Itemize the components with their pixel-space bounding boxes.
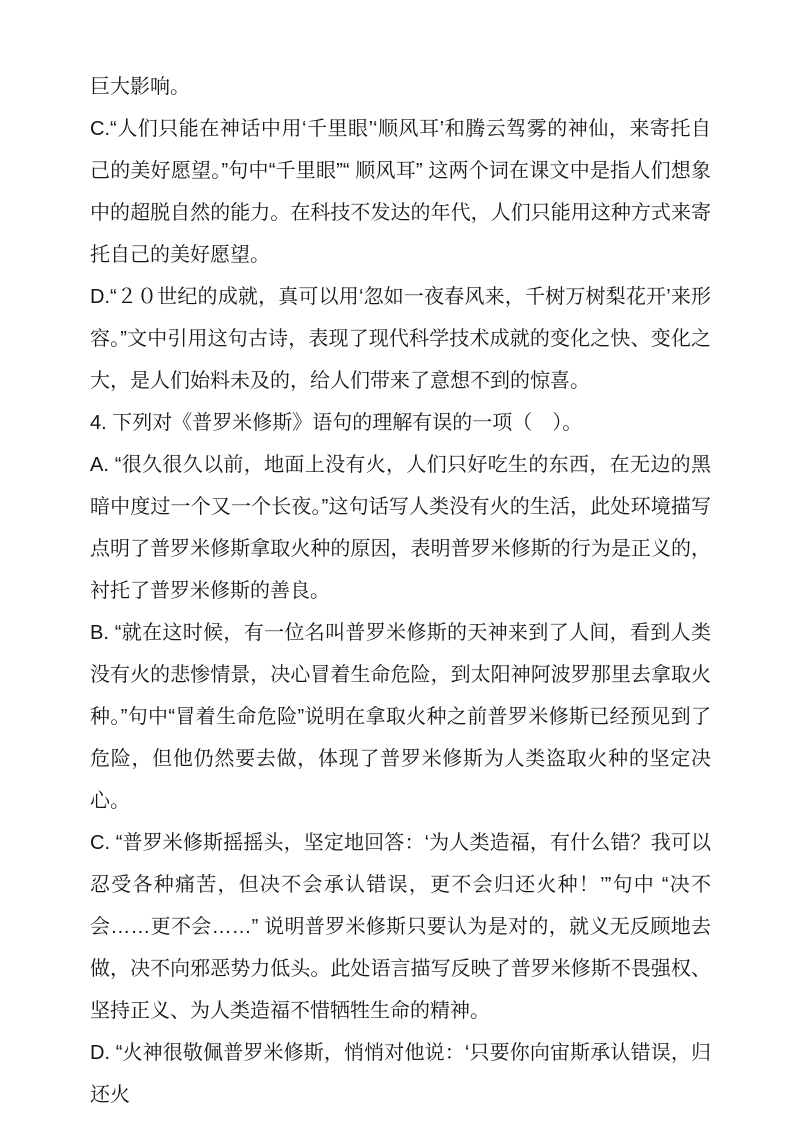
question-4-stem: 4. 下列对《普罗米修斯》语句的理解有误的一项（ ）。 xyxy=(90,402,711,444)
document-text-block: 巨大影响。 C.“人们只能在神话中用‘千里眼’‘顺风耳’和腾云驾雾的神仙，来寄托… xyxy=(90,66,711,1116)
question-4-option-d: D. “火神很敬佩普罗米修斯，悄悄对他说：‘只要你向宙斯承认错误，归还火 xyxy=(90,1032,711,1116)
paragraph-continuation: 巨大影响。 xyxy=(90,66,711,108)
prev-question-option-d: D.“２０世纪的成就，真可以用‘忽如一夜春风来，千树万树梨花开’来形容。”文中引… xyxy=(90,276,711,402)
question-4-option-a: A. “很久很久以前，地面上没有火，人们只好吃生的东西，在无边的黑暗中度过一个又… xyxy=(90,444,711,612)
prev-question-option-c: C.“人们只能在神话中用‘千里眼’‘顺风耳’和腾云驾雾的神仙，来寄托自己的美好愿… xyxy=(90,108,711,276)
document-page: 巨大影响。 C.“人们只能在神话中用‘千里眼’‘顺风耳’和腾云驾雾的神仙，来寄托… xyxy=(0,0,793,1122)
question-4-option-b: B. “就在这时候，有一位名叫普罗米修斯的天神来到了人间，看到人类没有火的悲惨情… xyxy=(90,612,711,822)
question-4-option-c: C. “普罗米修斯摇摇头，坚定地回答：‘为人类造福，有什么错？我可以忍受各种痛苦… xyxy=(90,822,711,1032)
